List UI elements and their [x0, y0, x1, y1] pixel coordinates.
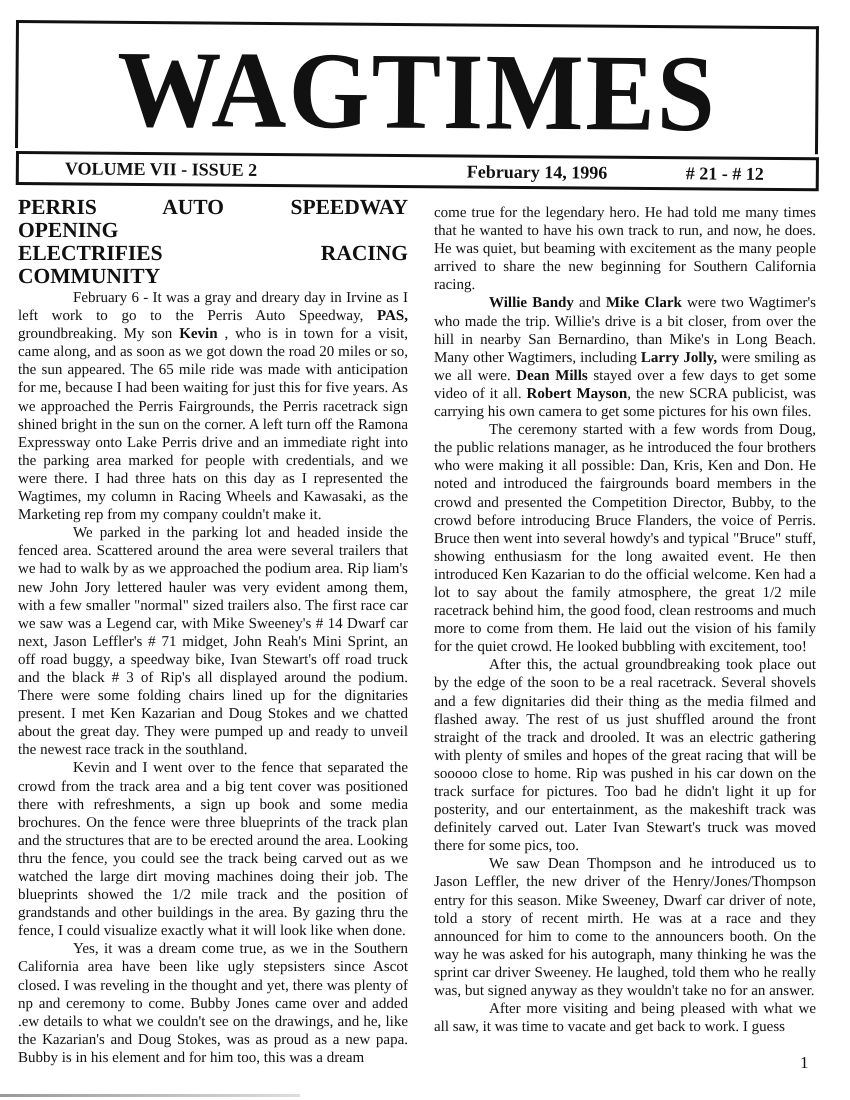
paragraph: The ceremony started with a few words fr… [434, 421, 816, 656]
paragraph: Kevin and I went over to the fence that … [18, 759, 408, 940]
text-run: February 6 - It was a gray and dreary da… [18, 290, 408, 324]
text-run: , who is in town for a visit, came along… [18, 326, 408, 523]
paragraph: come true for the legendary hero. He had… [434, 204, 816, 294]
issue-numbers: # 21 - # 12 [686, 163, 764, 185]
bold-name: Robert Mayson [527, 386, 628, 402]
left-column: PERRIS AUTO SPEEDWAY OPENING ELECTRIFIES… [18, 196, 408, 1067]
headline-line-1: PERRIS AUTO SPEEDWAY OPENING [18, 196, 408, 242]
scan-edge-divider [0, 1094, 300, 1097]
masthead-box: WAGTIMES [15, 20, 819, 154]
headline-line-2: ELECTRIFIES RACING COMMUNITY [18, 241, 408, 288]
paragraph: Yes, it was a dream come true, as we in … [18, 940, 408, 1067]
issue-date: February 14, 1996 [467, 162, 608, 184]
paragraph: February 6 - It was a gray and dreary da… [18, 289, 408, 524]
paragraph: After more visiting and being pleased wi… [434, 1000, 816, 1036]
paragraph: After this, the actual groundbreaking to… [434, 656, 816, 855]
bold-run: PAS, [377, 308, 408, 324]
article-headline: PERRIS AUTO SPEEDWAY OPENING ELECTRIFIES… [18, 196, 408, 288]
text-run: groundbreaking. My son [18, 326, 179, 342]
bold-name: Willie Bandy [489, 295, 574, 311]
volume-issue: VOLUME VII - ISSUE 2 [65, 158, 258, 181]
page-number: 1 [800, 1053, 809, 1073]
issue-info-bar: VOLUME VII - ISSUE 2 February 14, 1996 #… [16, 151, 819, 191]
bold-name: Larry Jolly, [641, 350, 717, 366]
masthead-title: WAGTIMES [18, 34, 816, 149]
paragraph: We saw Dean Thompson and he introduced u… [434, 855, 816, 1000]
text-run: and [574, 295, 606, 311]
paragraph: We parked in the parking lot and headed … [18, 524, 408, 759]
paragraph: Willie Bandy and Mike Clark were two Wag… [434, 294, 816, 421]
bold-name: Dean Mills [516, 368, 587, 384]
right-column: come true for the legendary hero. He had… [434, 204, 816, 1036]
bold-name: Kevin [179, 326, 217, 342]
bold-name: Mike Clark [606, 295, 682, 311]
